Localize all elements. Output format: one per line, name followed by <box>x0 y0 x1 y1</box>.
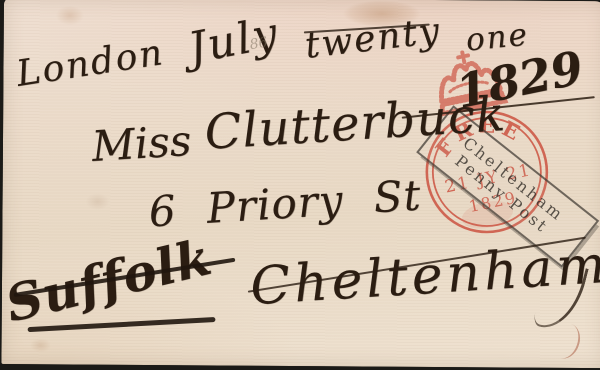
paper-stain <box>26 335 56 355</box>
dateline-word-month: July <box>185 12 285 86</box>
pencil-note: 86 <box>249 35 269 52</box>
envelope-paper: FREE 21 JY 21 1829 Cheltenham Penny Post… <box>1 0 600 368</box>
scan-frame: FREE 21 JY 21 1829 Cheltenham Penny Post… <box>0 0 600 370</box>
recipient-title: Miss <box>90 120 192 168</box>
street-line: 6 Priory St <box>148 174 423 233</box>
dateline-word-origin: London <box>14 35 166 93</box>
paper-stain <box>80 190 114 214</box>
